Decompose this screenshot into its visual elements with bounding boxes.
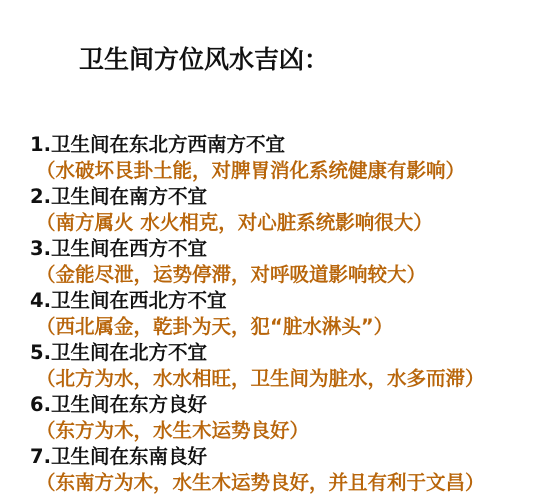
item-heading: 6.卫生间在东方良好 [30,392,545,418]
item-note: （西北属金，乾卦为天，犯“脏水淋头”） [36,314,545,340]
list-item: 4.卫生间在西北方不宜 （西北属金，乾卦为天，犯“脏水淋头”） [30,288,545,340]
item-note: （水破坏艮卦土能，对脾胃消化系统健康有影响） [36,158,545,184]
item-note: （金能尽泄，运势停滞，对呼吸道影响较大） [36,262,545,288]
list-item: 1.卫生间在东北方西南方不宜 （水破坏艮卦土能，对脾胃消化系统健康有影响） [30,132,545,184]
list-item: 3.卫生间在西方不宜 （金能尽泄，运势停滞，对呼吸道影响较大） [30,236,545,288]
item-heading: 5.卫生间在北方不宜 [30,340,545,366]
item-note: （东方为木，水生木运势良好） [36,418,545,444]
item-note: （北方为水，水水相旺，卫生间为脏水，水多而滞） [36,366,545,392]
item-heading: 4.卫生间在西北方不宜 [30,288,545,314]
item-heading: 7.卫生间在东南良好 [30,444,545,470]
list-item: 7.卫生间在东南良好 （东南方为木，水生木运势良好，并且有利于文昌） [30,444,545,496]
item-note: （南方属火 水火相克，对心脏系统影响很大） [36,210,545,236]
list-item: 2.卫生间在南方不宜 （南方属火 水火相克，对心脏系统影响很大） [30,184,545,236]
list-item: 6.卫生间在东方良好 （东方为木，水生木运势良好） [30,392,545,444]
item-heading: 2.卫生间在南方不宜 [30,184,545,210]
item-heading: 1.卫生间在东北方西南方不宜 [30,132,545,158]
item-note: （东南方为木，水生木运势良好，并且有利于文昌） [36,470,545,496]
page-title: 卫生间方位风水吉凶： [79,40,329,76]
feng-shui-list: 1.卫生间在东北方西南方不宜 （水破坏艮卦土能，对脾胃消化系统健康有影响） 2.… [30,132,545,496]
list-item: 5.卫生间在北方不宜 （北方为水，水水相旺，卫生间为脏水，水多而滞） [30,340,545,392]
item-heading: 3.卫生间在西方不宜 [30,236,545,262]
